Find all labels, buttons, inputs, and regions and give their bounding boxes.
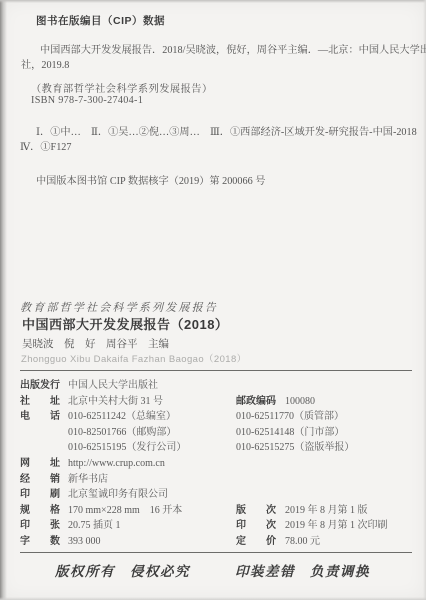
pub-label-right: 版 次: [236, 503, 277, 519]
cip-series-note: （教育部哲学社会科学系列发展报告）: [31, 80, 213, 95]
copyright-notice: 版权所有 侵权必究 印装差错 负责调换: [55, 560, 370, 580]
pub-row-phone-2: 010-82501766（邮购部） 010-62514148（门市部）: [20, 425, 412, 441]
pub-label: 印 刷: [20, 487, 61, 503]
copyright-page: 图书在版编目（CIP）数据 中国西部大开发发展报告．2018/吴晓波，倪好，周谷…: [0, 0, 426, 600]
pub-row-address: 社 址北京中关村大街 31 号 邮政编码100080: [20, 394, 412, 410]
pub-label: 经 销: [20, 472, 61, 488]
pub-value-right: 010-62514148（门市部）: [236, 427, 344, 438]
pub-row-format: 规 格170 mm×228 mm 16 开本 版 次2019 年 8 月第 1 …: [20, 503, 412, 519]
pub-value: http://www.crup.com.cn: [68, 458, 165, 469]
pub-label-right: 印 次: [236, 518, 277, 534]
pub-value: 010-82501766（邮购部）: [68, 427, 176, 438]
publication-info-table: 出版发行中国人民大学出版社 社 址北京中关村大街 31 号 邮政编码100080…: [20, 378, 412, 550]
pub-row-printer: 印 刷北京玺诚印务有限公司: [20, 487, 412, 503]
pub-label-right: 定 价: [236, 534, 277, 550]
cip-entry-line1: 中国西部大开发发展报告．2018/吴晓波，倪好，周谷平主编．—北京：中国人民大学…: [40, 41, 426, 56]
pub-value-right: 78.00 元: [285, 536, 320, 547]
pub-value: 新华书店: [68, 474, 108, 485]
pub-value: 北京中关村大街 31 号: [68, 396, 163, 407]
pub-value: 393 000: [68, 536, 101, 547]
pub-value-right: 100080: [285, 396, 315, 407]
pub-value: 20.75 插页 1: [68, 520, 121, 531]
pub-row-phone-1: 电 话010-62511242（总编室） 010-62511770（质管部）: [20, 409, 412, 425]
isbn-number: ISBN 978-7-300-27404-1: [31, 95, 143, 106]
editors-line: 吴晓波 倪 好 周谷平 主编: [22, 336, 169, 351]
pub-value: 中国人民大学出版社: [68, 380, 158, 391]
pub-value-right: 010-62511770（质管部）: [236, 411, 344, 422]
pub-label: 出版发行: [20, 378, 61, 394]
pub-label-right: 邮政编码: [236, 394, 277, 410]
cip-header: 图书在版编目（CIP）数据: [36, 13, 165, 28]
divider-bottom: [20, 552, 412, 553]
pub-label: 网 址: [20, 456, 61, 472]
pub-value: 010-62511242（总编室）: [68, 411, 176, 422]
pub-value: 170 mm×228 mm 16 开本: [68, 505, 182, 516]
page-edge-shadow-top: [0, 0, 426, 3]
pub-label: 字 数: [20, 534, 61, 550]
pub-row-publisher: 出版发行中国人民大学出版社: [20, 378, 412, 394]
pub-value-right: 010-62515275（盗版举报）: [236, 442, 354, 453]
book-title: 中国西部大开发发展报告（2018）: [22, 314, 228, 333]
pub-row-distributor: 经 销新华书店: [20, 472, 412, 488]
cip-classification-line2: Ⅳ．①F127: [20, 138, 72, 153]
pub-label: 社 址: [20, 394, 61, 410]
pub-value-right: 2019 年 8 月第 1 版: [285, 505, 368, 516]
cip-entry-line2: 社，2019.8: [21, 56, 69, 71]
pub-row-website: 网 址http://www.crup.com.cn: [20, 456, 412, 472]
cip-record-number: 中国版本图书馆 CIP 数据核字（2019）第 200066 号: [36, 172, 265, 187]
series-title: 教育部哲学社会科学系列发展报告: [20, 299, 218, 315]
pub-label: 印 张: [20, 518, 61, 534]
pub-row-phone-3: 010-62515195（发行公司） 010-62515275（盗版举报）: [20, 440, 412, 456]
cip-classification-line1: Ⅰ．①中… Ⅱ．①吴…②倪…③周… Ⅲ．①西部经济-区域开发-研究报告-中国-2…: [36, 123, 417, 138]
pub-row-wordcount: 字 数393 000 定 价78.00 元: [20, 534, 412, 550]
pub-value: 北京玺诚印务有限公司: [68, 489, 168, 500]
pub-label: 规 格: [20, 503, 61, 519]
divider-top: [20, 370, 412, 371]
pub-row-sheets: 印 张20.75 插页 1 印 次2019 年 8 月第 1 次印刷: [20, 518, 412, 534]
pub-value-right: 2019 年 8 月第 1 次印刷: [285, 520, 388, 531]
page-edge-shadow-left: [0, 0, 7, 600]
pinyin-title: Zhongguo Xibu Dakaifa Fazhan Baogao（2018…: [21, 351, 247, 365]
pub-label: 电 话: [20, 409, 61, 425]
pub-value: 010-62515195（发行公司）: [68, 442, 186, 453]
